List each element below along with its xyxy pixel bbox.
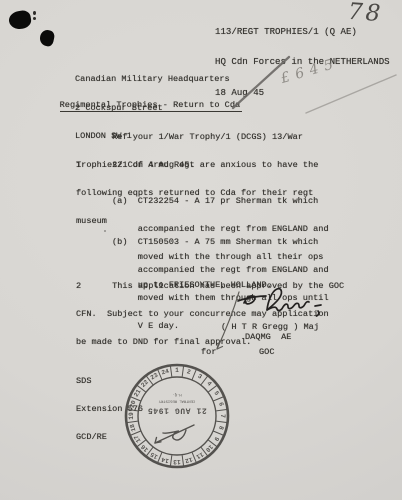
- stamp-ring-separator: [216, 421, 227, 423]
- stamp-inner-ring-circle: [138, 377, 216, 455]
- subject-line: Regimental Trophies - Return to Cda: [60, 100, 243, 112]
- typist-initials-line: GCD/RE: [76, 433, 143, 442]
- stamp-hour-number: 9: [212, 435, 220, 442]
- stamp-hour-number: 6: [217, 401, 225, 407]
- stamp-hour-number: 15: [149, 450, 159, 460]
- signed-for-label: GOC: [259, 348, 274, 357]
- stamp-ring-separator: [213, 396, 224, 400]
- stamp-ring-separator: [192, 369, 196, 380]
- stamp-hour-number: 14: [160, 456, 169, 465]
- file-ref-line: 113/REGT TROPHIES/1 (Q AE): [215, 27, 390, 37]
- ink-blot-large: [8, 9, 33, 31]
- stamp-ring-separator: [182, 365, 184, 376]
- stamp-hour-number: 7: [219, 414, 226, 418]
- for-label: for: [201, 348, 216, 357]
- signatory-appointment: DAQMG AE: [245, 333, 291, 342]
- stamp-ring-separator: [216, 409, 227, 411]
- stamp-hour-number: 23: [149, 372, 159, 382]
- signatory-name: ( H T R Gregg ) Maj: [221, 323, 319, 332]
- stamp-hour-number: 5: [212, 390, 220, 397]
- stamp-ring-separator: [170, 365, 172, 376]
- ink-speck-upper: [33, 11, 36, 15]
- stamp-ring-separator: [192, 452, 196, 463]
- scanned-letter-page: 113/REGT TROPHIES/1 (Q AE) HQ Cdn Forces…: [0, 0, 402, 500]
- stamp-ring-separator: [146, 376, 153, 385]
- stamp-ring-separator: [157, 369, 161, 380]
- stamp-ring-separator: [213, 431, 224, 435]
- stamp-hour-number: 4: [205, 380, 213, 388]
- extension-line: Extension 576: [76, 405, 143, 414]
- stamp-hour-number: 12: [184, 456, 193, 465]
- dispatch-service-line: SDS: [76, 377, 143, 386]
- ink-speck-lower: [33, 17, 36, 20]
- stamp-ring-separator: [157, 452, 161, 463]
- stamp-hour-number: 13: [173, 458, 181, 465]
- stamp-clerk-initials: [155, 425, 194, 443]
- paragraph-2-line-3: be made to DND for final approval.: [76, 338, 344, 347]
- paragraph-2-line-1: 2 This application has been approved by …: [76, 282, 344, 291]
- stamp-office-line-1: CENTRAL REGISTRY: [158, 399, 195, 403]
- stamp-ring-separator: [146, 447, 153, 456]
- ink-blot-small: [38, 29, 55, 48]
- pencil-folio-number: 78: [347, 0, 384, 27]
- stamp-hour-number: 1: [175, 367, 179, 374]
- stamp-hour-number: 3: [196, 373, 203, 381]
- stamp-hour-number: 2: [186, 368, 192, 376]
- stamp-ring-separator: [201, 447, 208, 456]
- paragraph-1-line-1: 1 22 Cdn Armd Regt are anxious to have t…: [76, 161, 318, 170]
- addressee-line-1: Canadian Military Headquarters: [75, 75, 230, 85]
- stamp-ring-separator: [208, 440, 217, 447]
- stamp-ring-separator: [201, 376, 208, 385]
- stamp-hour-number: 24: [161, 368, 170, 377]
- stamp-ring-separator: [208, 385, 217, 392]
- stamp-hour-number: 10: [204, 443, 214, 453]
- stamp-date: 21 AUG 1945: [147, 406, 206, 415]
- subparagraph-b-line-1: (b) CT150503 - A 75 mm Sherman tk which: [112, 238, 329, 247]
- stamp-ring-separator: [182, 455, 184, 466]
- stamp-hour-number: 11: [195, 450, 205, 460]
- subparagraph-a-line-1: (a) CT232254 - A 17 pr Sherman tk which: [112, 197, 329, 206]
- stamp-office-line-2: H.Q.: [172, 392, 181, 396]
- paragraph-2-line-2: CFN. Subject to your concurrence may app…: [76, 310, 344, 319]
- reference-line-1: Ref your 1/War Trophy/1 (DCGS) 13/War: [76, 133, 303, 142]
- dispatch-footer-block: SDS Extension 576 GCD/RE: [76, 358, 143, 461]
- stamp-hour-number: 8: [217, 425, 225, 431]
- stamp-ring-separator: [170, 455, 172, 466]
